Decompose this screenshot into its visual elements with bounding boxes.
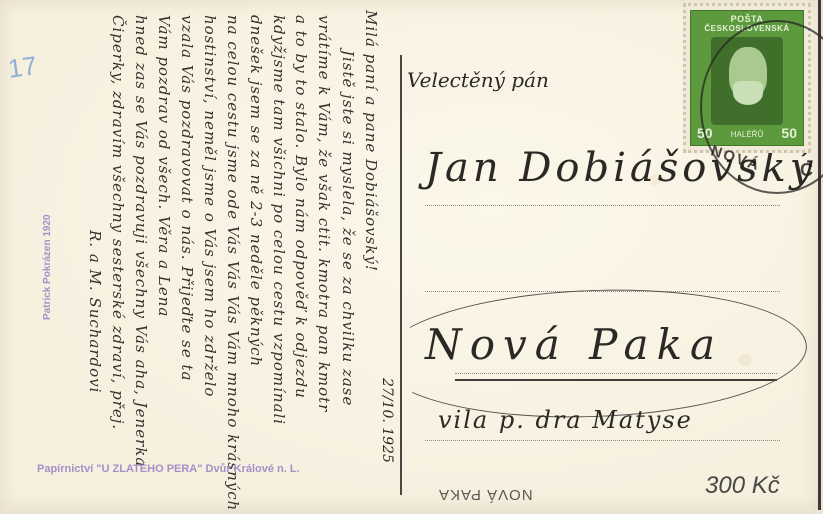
message-line-7: na celou cestu jsme ode Vás Vás Vás Vám … (224, 15, 242, 511)
price-note: 300 Kč (705, 472, 780, 500)
message-line-4: a to by to stalo. Bylo nám odpověď k odj… (292, 15, 310, 399)
side-rubber-stamp: Patrick Pokrázen 1920 (42, 214, 53, 320)
message-line-8: hostinství, neměl jsme o Vás jsem ho zdr… (201, 15, 219, 397)
message-line-1: Milá paní a pane Dobiášovský! (362, 10, 380, 272)
town-flourish-oval (378, 283, 809, 425)
message-line-5: kdyžjsme tam všichni po celou cestu vzpo… (270, 15, 288, 425)
address-salutation: Velectěný pán (407, 68, 549, 92)
message-line-2: Jistě jste si myslela, že se za chvilku … (339, 50, 357, 406)
center-divider (400, 55, 402, 495)
message-line-3: vrátíme k Vám, že však ctit. kmotra pan … (315, 15, 333, 412)
address-line-4 (425, 440, 780, 441)
address-line-1 (425, 205, 780, 206)
message-date: 27/10. 1925 (379, 378, 395, 463)
message-line-9: vzala Vás pozdravovat o nás. Přijeďte se… (178, 15, 196, 381)
message-line-12: Čiperky, zdravím všechny sesterské zdrav… (109, 15, 127, 430)
postcard-back: Milá paní a pane Dobiášovský! Jistě jste… (0, 0, 821, 510)
pencil-annotation-bottom: NOVÁ PAKA (438, 486, 533, 503)
publisher-imprint: Papírnictví "U ZLATÉHO PERA" Dvůr Králov… (37, 463, 300, 475)
message-line-10: Vám pozdrav od všech. Věra a Lena (155, 15, 173, 317)
address-street: vila p. dra Matyse (438, 406, 693, 434)
postmark-fragment: C (800, 160, 813, 181)
message-signature: R. a M. Suchardovi (86, 230, 104, 393)
message-line-6: dnešek jsem se za ně 2-3 neděle pěkných (247, 15, 265, 367)
message-area: Milá paní a pane Dobiášovský! Jistě jste… (20, 10, 400, 500)
pencil-mark: 17 (6, 50, 39, 85)
message-line-11: hned zas se Vás pozdravuji všechny Vás a… (132, 15, 150, 467)
